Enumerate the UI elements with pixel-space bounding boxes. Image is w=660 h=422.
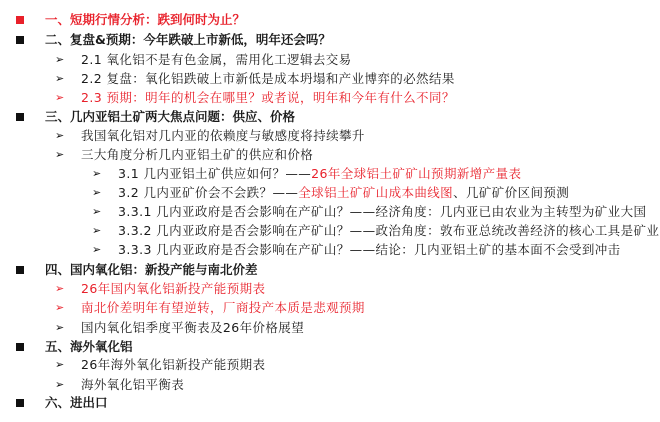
outline-item-text: 3.1 几内亚铝土矿供应如何？——26年全球铝土矿矿山预期新增产量表 xyxy=(118,164,521,183)
square-bullet-icon xyxy=(16,343,24,351)
text-segment: 我国氧化铝对几内亚的依赖度与敏感度将持续攀升 xyxy=(81,128,365,143)
outline-item-text: 四、国内氧化铝：新投产能与南北价差 xyxy=(45,260,258,279)
text-segment: 国内氧化铝季度平衡表及26年价格展望 xyxy=(81,320,304,335)
arrow-bullet-icon: ➢ xyxy=(92,164,101,183)
outline-item-text: 2.3 预期：明年的机会在哪里？或者说，明年和今年有什么不同？ xyxy=(81,88,455,107)
text-segment: 3.1 几内亚铝土矿供应如何？—— xyxy=(118,166,311,181)
text-segment: 海外氧化铝平衡表 xyxy=(81,377,184,392)
text-segment: 3.3.3 几内亚政府是否会影响在产矿山？——结论：几内亚铝土矿的基本面不会受到… xyxy=(118,242,621,257)
arrow-bullet-icon: ➢ xyxy=(92,183,101,202)
text-segment: 一、短期行情分析：跌到何时为止？ xyxy=(45,12,245,27)
outline-item-text: 三大角度分析几内亚铝土矿的供应和价格 xyxy=(81,145,313,164)
outline-item-text: 五、海外氧化铝 xyxy=(45,337,133,356)
square-bullet-icon xyxy=(16,266,24,274)
text-segment: 26年全球铝土矿矿山预期新增产量表 xyxy=(311,166,521,181)
text-segment: 三、几内亚铝土矿两大焦点问题：供应、价格 xyxy=(45,109,295,124)
square-bullet-icon xyxy=(16,16,24,24)
outline-item-text: 南北价差明年有望逆转，厂商投产本质是悲观预期 xyxy=(81,298,365,317)
square-bullet-icon xyxy=(16,113,24,121)
arrow-bullet-icon: ➢ xyxy=(55,355,64,374)
text-segment: 3.3.1 几内亚政府是否会影响在产矿山？——经济角度：几内亚已由农业为主转型为… xyxy=(118,204,646,219)
outline-item-text: 一、短期行情分析：跌到何时为止？ xyxy=(45,10,245,29)
outline-item-text: 六、进出口 xyxy=(45,393,108,412)
outline-item-text: 3.3.1 几内亚政府是否会影响在产矿山？——经济角度：几内亚已由农业为主转型为… xyxy=(118,202,646,221)
text-segment: 2.3 预期：明年的机会在哪里？或者说，明年和今年有什么不同？ xyxy=(81,90,455,105)
square-bullet-icon xyxy=(16,36,24,44)
outline-item-text: 3.3.3 几内亚政府是否会影响在产矿山？——结论：几内亚铝土矿的基本面不会受到… xyxy=(118,240,621,259)
text-segment: 2.2 复盘：氧化铝跌破上市新低是成本坍塌和产业博弈的必然结果 xyxy=(81,71,455,86)
outline-item-text: 3.2 几内亚矿价会不会跌？——全球铝土矿矿山成本曲线图、几矿矿价区间预测 xyxy=(118,183,569,202)
arrow-bullet-icon: ➢ xyxy=(55,375,64,394)
text-segment: 26年海外氧化铝新投产能预期表 xyxy=(81,357,265,372)
arrow-bullet-icon: ➢ xyxy=(92,240,101,259)
arrow-bullet-icon: ➢ xyxy=(55,126,64,145)
text-segment: 二、复盘&预期：今年跌破上市新低，明年还会吗？ xyxy=(45,32,331,47)
arrow-bullet-icon: ➢ xyxy=(55,298,64,317)
text-segment: 三大角度分析几内亚铝土矿的供应和价格 xyxy=(81,147,313,162)
text-segment: 26年国内氧化铝新投产能预期表 xyxy=(81,281,265,296)
arrow-bullet-icon: ➢ xyxy=(55,69,64,88)
arrow-bullet-icon: ➢ xyxy=(55,88,64,107)
square-bullet-icon xyxy=(16,399,24,407)
outline-item-text: 海外氧化铝平衡表 xyxy=(81,375,184,394)
arrow-bullet-icon: ➢ xyxy=(55,50,64,69)
text-segment: 南北价差明年有望逆转 xyxy=(81,300,210,315)
outline-item-text: 3.3.2 几内亚政府是否会影响在产矿山？——政治角度：敦布亚总统改善经济的核心… xyxy=(118,221,659,240)
arrow-bullet-icon: ➢ xyxy=(92,202,101,221)
text-segment: 3.2 几内亚矿价会不会跌？—— xyxy=(118,185,298,200)
text-segment: 3.3.2 几内亚政府是否会影响在产矿山？——政治角度：敦布亚总统改善经济的核心… xyxy=(118,223,659,238)
arrow-bullet-icon: ➢ xyxy=(55,279,64,298)
text-segment: 、几矿矿价区间预测 xyxy=(453,185,569,200)
arrow-bullet-icon: ➢ xyxy=(55,145,64,164)
outline-item-text: 国内氧化铝季度平衡表及26年价格展望 xyxy=(81,318,304,337)
outline-item-text: 2.2 复盘：氧化铝跌破上市新低是成本坍塌和产业博弈的必然结果 xyxy=(81,69,455,88)
text-segment: 五、海外氧化铝 xyxy=(45,339,133,354)
outline-item-text: 26年海外氧化铝新投产能预期表 xyxy=(81,355,265,374)
text-segment: 全球铝土矿矿山成本曲线图 xyxy=(298,185,453,200)
outline-item-text: 2.1 氧化铝不是有色金属，需用化工逻辑去交易 xyxy=(81,50,352,69)
text-segment: 四、国内氧化铝：新投产能与南北价差 xyxy=(45,262,258,277)
text-segment: 六、进出口 xyxy=(45,395,108,410)
arrow-bullet-icon: ➢ xyxy=(92,221,101,240)
outline-item-text: 二、复盘&预期：今年跌破上市新低，明年还会吗？ xyxy=(45,30,331,49)
outline-item-text: 三、几内亚铝土矿两大焦点问题：供应、价格 xyxy=(45,107,295,126)
arrow-bullet-icon: ➢ xyxy=(55,318,64,337)
text-segment: 2.1 氧化铝不是有色金属，需用化工逻辑去交易 xyxy=(81,52,352,67)
outline-item-text: 26年国内氧化铝新投产能预期表 xyxy=(81,279,265,298)
outline-item-text: 我国氧化铝对几内亚的依赖度与敏感度将持续攀升 xyxy=(81,126,365,145)
text-segment: ，厂商投产本质是悲观预期 xyxy=(210,300,365,315)
